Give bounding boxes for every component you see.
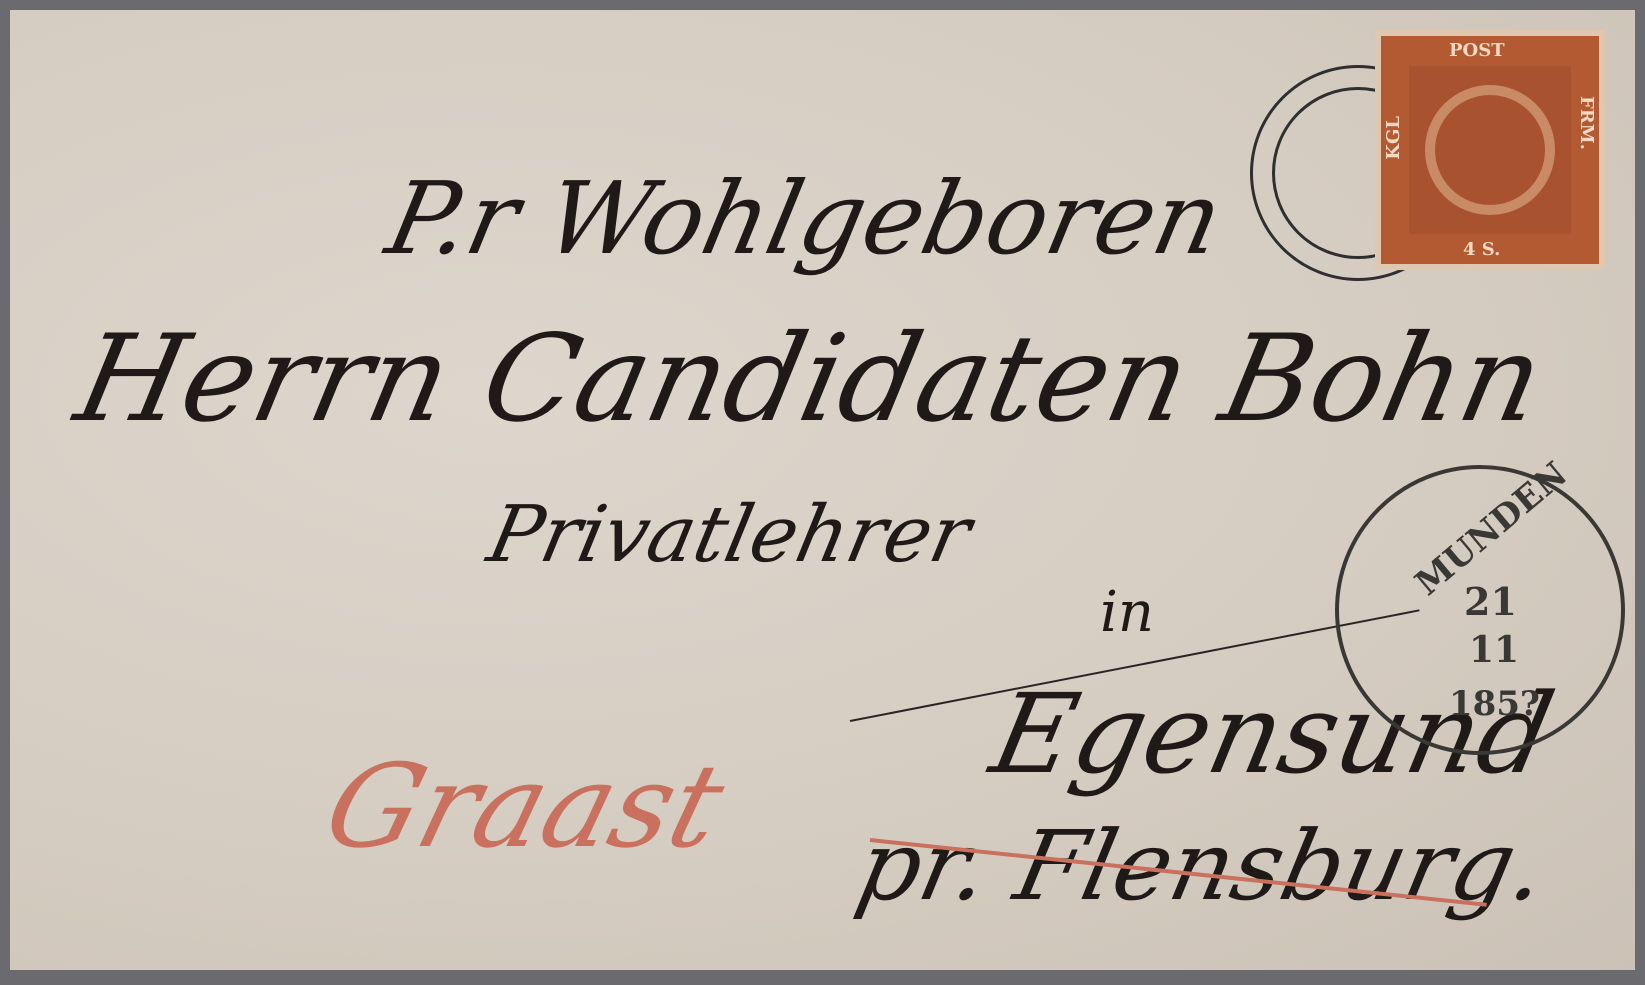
- address-line-in: in: [1100, 580, 1154, 645]
- address-line-honorific: P.r Wohlgeboren: [378, 160, 1233, 277]
- stamp-top-text: POST: [1449, 40, 1505, 61]
- postage-stamp: POST KGL FRM. 4 S.: [1375, 30, 1605, 270]
- crown-wreath-icon: [1425, 85, 1555, 215]
- address-line-name: Herrn Candidaten Bohn: [65, 310, 1554, 449]
- stamp-right-text: FRM.: [1576, 96, 1597, 150]
- postmark-month: 11: [1469, 629, 1519, 671]
- postmark-day: 21: [1464, 579, 1517, 624]
- circular-date-postmark: MUNDEN 21 11 185?: [1335, 465, 1625, 755]
- red-annotation: Graast: [312, 740, 737, 874]
- address-line-via: pr. Flensburg.: [848, 810, 1556, 922]
- postmark-year: 185?: [1449, 684, 1540, 724]
- envelope: P.r Wohlgeboren Herrn Candidaten Bohn Pr…: [10, 10, 1635, 970]
- address-line-occupation: Privatlehrer: [480, 490, 978, 580]
- stamp-left-text: KGL: [1383, 116, 1404, 160]
- stamp-bottom-text: 4 S.: [1463, 239, 1500, 260]
